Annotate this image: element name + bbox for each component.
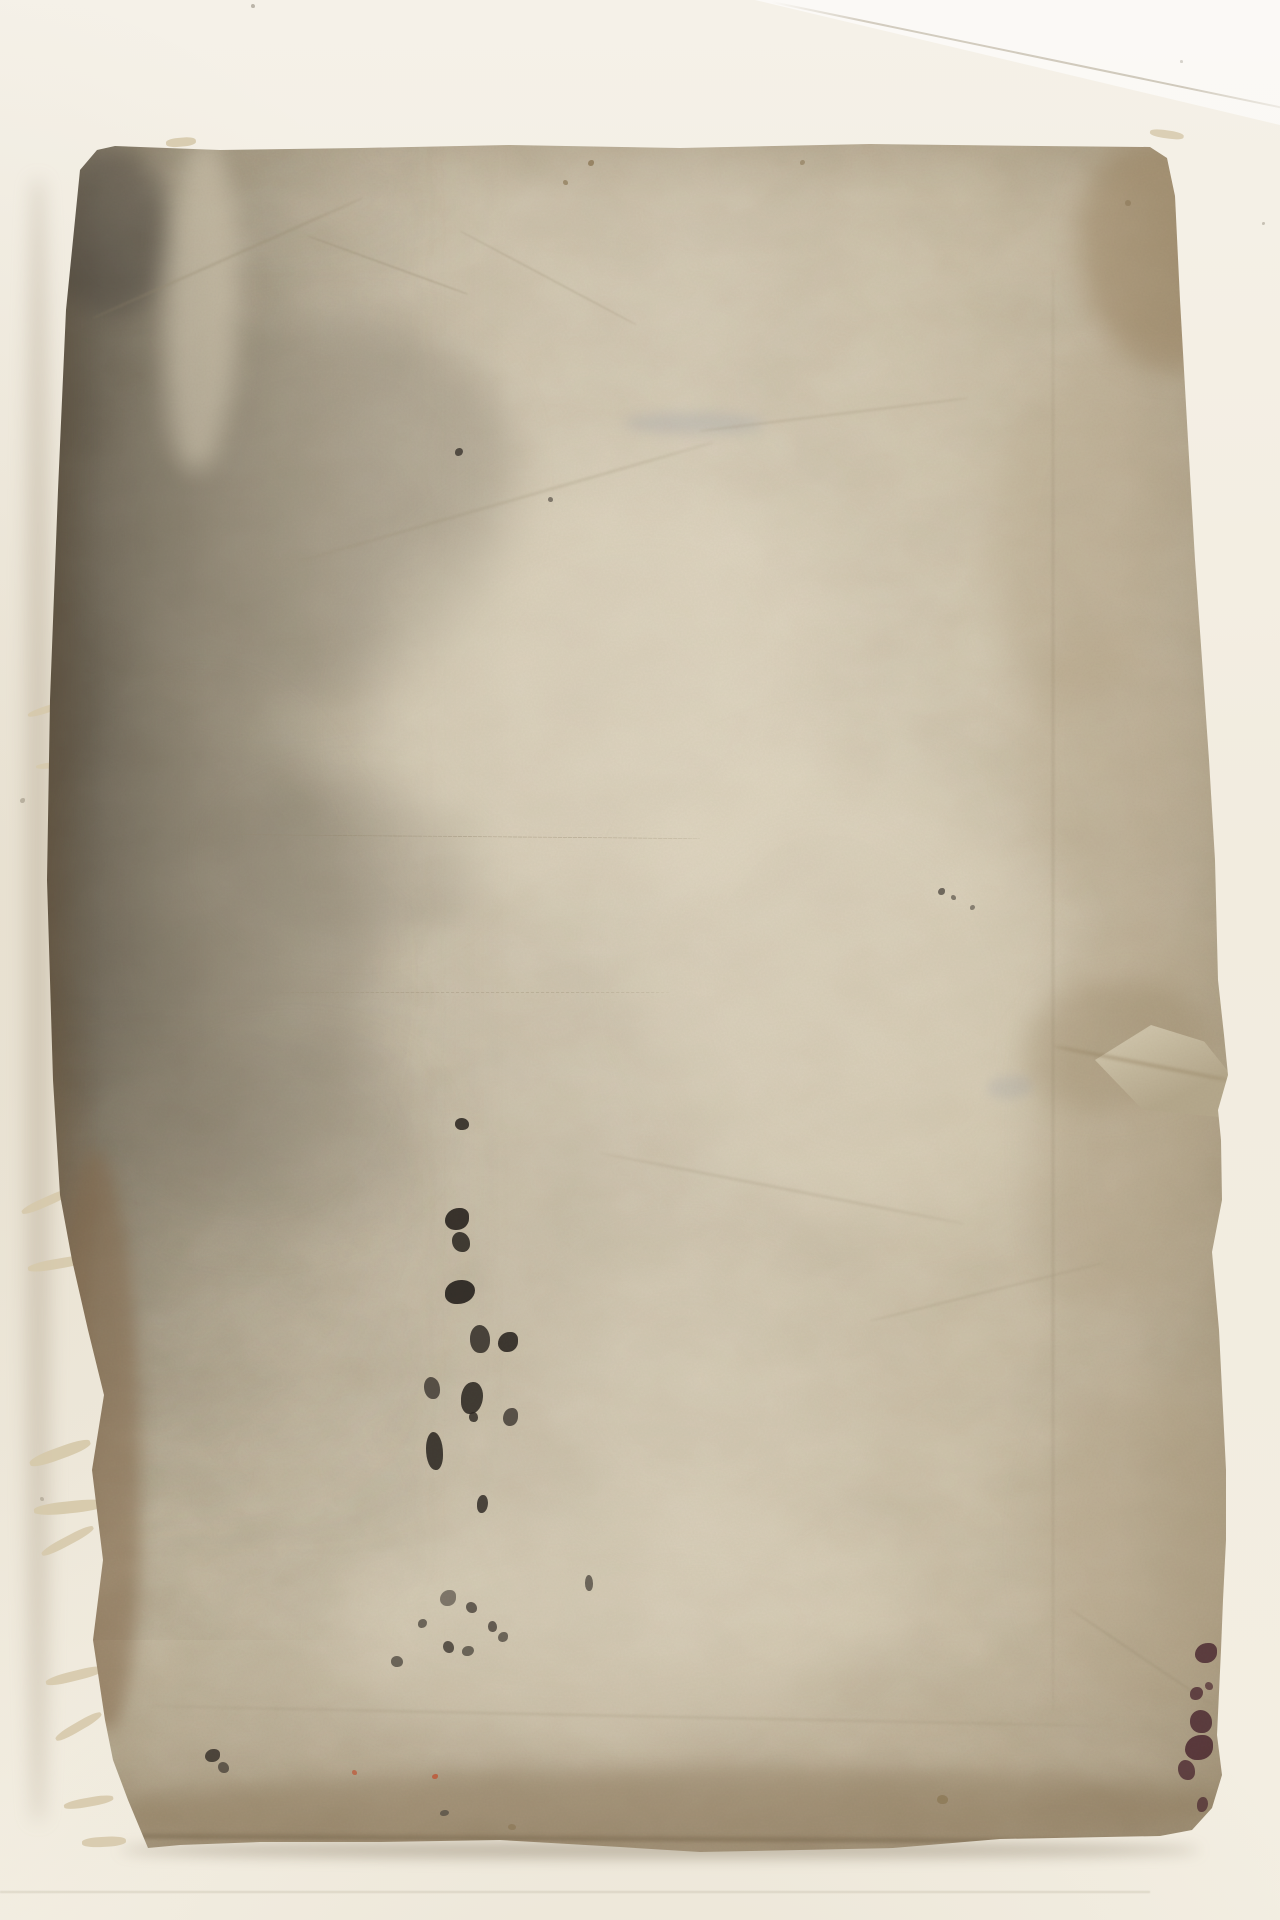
maroon-splotch — [1178, 1760, 1195, 1780]
ink-speck — [498, 1632, 508, 1642]
ink-speck — [466, 1602, 477, 1613]
ink-blot — [452, 1232, 470, 1252]
manuscript-cover — [40, 140, 1232, 1852]
maroon-splotch — [1190, 1710, 1212, 1733]
ink-streak — [426, 1432, 443, 1470]
brown-speck — [1125, 200, 1131, 206]
maroon-splotch — [1185, 1735, 1213, 1760]
ink-speck — [938, 888, 945, 895]
brown-speck — [508, 1824, 516, 1830]
frayed-fiber — [54, 1710, 104, 1744]
ink-speck — [548, 497, 553, 502]
frayed-fiber — [40, 1523, 95, 1558]
ink-speck — [970, 905, 975, 910]
ink-speck — [488, 1621, 497, 1632]
red-fleck — [432, 1774, 438, 1779]
frayed-fiber — [63, 1793, 114, 1811]
ink-blot — [455, 1118, 469, 1130]
brown-speck — [800, 160, 805, 165]
ink-speck — [440, 1590, 456, 1606]
ink-speck — [585, 1575, 593, 1591]
frayed-fiber — [45, 1664, 106, 1688]
ink-speck — [503, 1408, 518, 1426]
frayed-fiber — [166, 136, 197, 148]
photograph: Photograph of the worn back cover of an … — [0, 0, 1280, 1920]
ink-speck — [391, 1656, 403, 1667]
brown-speck — [588, 160, 594, 166]
frayed-fiber — [1149, 128, 1184, 141]
brown-speck — [563, 180, 568, 185]
ink-speck — [477, 1495, 488, 1513]
ink-speck — [469, 1412, 478, 1422]
ink-speck — [462, 1646, 474, 1656]
brown-spot — [937, 1795, 948, 1804]
ink-speck — [218, 1762, 229, 1773]
frayed-fiber — [33, 1498, 106, 1517]
maroon-splotch — [1190, 1687, 1203, 1700]
frayed-fiber — [82, 1836, 126, 1848]
ink-blot — [445, 1208, 469, 1230]
ink-speck — [205, 1749, 220, 1762]
ink-blot — [461, 1382, 483, 1414]
ink-blot — [424, 1377, 440, 1399]
ink-blot — [498, 1332, 518, 1352]
soot-speck — [440, 1810, 449, 1816]
ink-blot — [445, 1280, 475, 1304]
ink-spot-layer — [40, 140, 1232, 1852]
ink-speck — [418, 1619, 427, 1628]
maroon-splotch — [1197, 1797, 1208, 1812]
red-fleck — [352, 1770, 357, 1775]
ink-speck — [455, 448, 463, 456]
frayed-fiber — [28, 1436, 92, 1469]
ink-speck — [951, 895, 956, 900]
maroon-splotch — [1205, 1682, 1213, 1690]
maroon-splotch — [1195, 1643, 1217, 1663]
ink-speck — [443, 1641, 454, 1653]
ink-blot — [470, 1325, 490, 1353]
